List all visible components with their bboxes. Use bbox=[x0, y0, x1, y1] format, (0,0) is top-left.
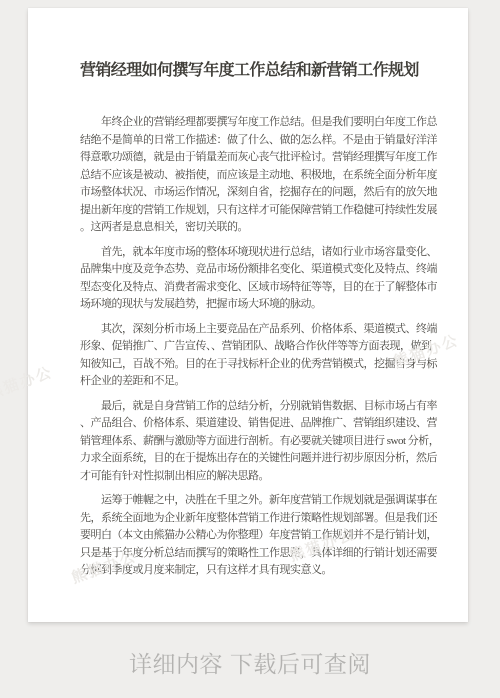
paragraph: 其次，深刻分析市场上主要竞品在产品系列、价格体系、渠道模式、终端 形象、促销推广… bbox=[80, 321, 418, 391]
document-page: 营销经理如何撰写年度工作总结和新营销工作规划 年终企业的营销经理都要撰写年度工作… bbox=[28, 8, 468, 622]
text-line: 品牌集中度及竞争态势、竞品市场份额排名变化、渠道模式变化及特点、终端 bbox=[80, 261, 418, 279]
text-line: 形象、促销推广、广告宣传、、营销团队、战略合作伙伴等等方面表现，做到 bbox=[80, 338, 418, 356]
text-line: 总结不应该是被动、被指使，而应该是主动地、积极地，在系统全面分析年度 bbox=[80, 167, 418, 185]
text-line: 、产品组合、价格体系、渠道建设、销售促进、品牌推广、营销组织建设、营 bbox=[80, 415, 418, 433]
text-line: 才可能有针对性拟制出相应的解决思路。 bbox=[80, 468, 418, 486]
paragraph: 年终企业的营销经理都要撰写年度工作总结。但是我们要明白年度工作总 结绝不是简单的… bbox=[80, 114, 418, 237]
footer-caption: 详细内容 下载后可查阅 bbox=[0, 646, 500, 679]
text-line: 得意歌功颂德，就是由于销量差而灰心丧气批评检讨。营销经理撰写年度工作 bbox=[80, 149, 418, 167]
text-line: 场环境的现状与发展趋势，把握市场大环境的脉动。 bbox=[80, 296, 418, 314]
text-line: 提出新年度的营销工作规划，只有这样才可能保障营销工作稳健可持续性发展 bbox=[80, 202, 418, 220]
text-line: 。这两者是息息相关，密切关联的。 bbox=[80, 219, 418, 237]
text-line: 其次，深刻分析市场上主要竞品在产品系列、价格体系、渠道模式、终端 bbox=[80, 321, 418, 339]
text-line: 型态变化及特点、消费者需求变化、区域市场特征等等，目的在于了解整体市 bbox=[80, 279, 418, 297]
document-title: 营销经理如何撰写年度工作总结和新营销工作规划 bbox=[80, 60, 418, 82]
text-line: 首先，就本年度市场的整体环境现状进行总结，诸如行业市场容量变化、 bbox=[80, 244, 418, 262]
text-line: 运筹于帷幄之中，决胜在千里之外。新年度营销工作规划就是强调谋事在 bbox=[80, 492, 418, 510]
text-line: 结绝不是简单的日常工作描述：做了什么、做的怎么样。不是由于销量好洋洋 bbox=[80, 132, 418, 150]
text-line: 力求全面系统，目的在于提炼出存在的关键性问题并进行初步原因分析，然后 bbox=[80, 450, 418, 468]
text-line: 年终企业的营销经理都要撰写年度工作总结。但是我们要明白年度工作总 bbox=[80, 114, 418, 132]
text-line: 分解到季度或月度来制定，只有这样才具有现实意义。 bbox=[80, 562, 418, 580]
document-content: 营销经理如何撰写年度工作总结和新营销工作规划 年终企业的营销经理都要撰写年度工作… bbox=[28, 8, 468, 580]
text-line: 市场整体状况、市场运作情况，深刻自省，挖掘存在的问题，然后有的放矢地 bbox=[80, 184, 418, 202]
text-line: 要明白（本文由熊猫办公精心为你整理）年度营销工作规划并不是行销计划， bbox=[80, 527, 418, 545]
text-line: 先，系统全面地为企业新年度整体营销工作进行策略性规划部署。但是我们还 bbox=[80, 510, 418, 528]
preview-canvas: 营销经理如何撰写年度工作总结和新营销工作规划 年终企业的营销经理都要撰写年度工作… bbox=[0, 0, 500, 698]
text-line: 只是基于年度分析总结而撰写的策略性工作思路，具体详细的行销计划还需要 bbox=[80, 545, 418, 563]
text-line: 杆企业的差距和不足。 bbox=[80, 373, 418, 391]
paragraph: 运筹于帷幄之中，决胜在千里之外。新年度营销工作规划就是强调谋事在 先，系统全面地… bbox=[80, 492, 418, 580]
text-line: 知彼知己，百战不殆。目的在于寻找标杆企业的优秀营销模式，挖掘自身与标 bbox=[80, 356, 418, 374]
paragraph: 首先，就本年度市场的整体环境现状进行总结，诸如行业市场容量变化、 品牌集中度及竞… bbox=[80, 244, 418, 314]
text-line: 销管理体系、薪酬与激励等方面进行剖析。有必要就关键项目进行 swot 分析， bbox=[80, 433, 418, 451]
text-line: 最后，就是自身营销工作的总结分析，分别就销售数据、目标市场占有率 bbox=[80, 398, 418, 416]
paragraph: 最后，就是自身营销工作的总结分析，分别就销售数据、目标市场占有率 、产品组合、价… bbox=[80, 398, 418, 486]
